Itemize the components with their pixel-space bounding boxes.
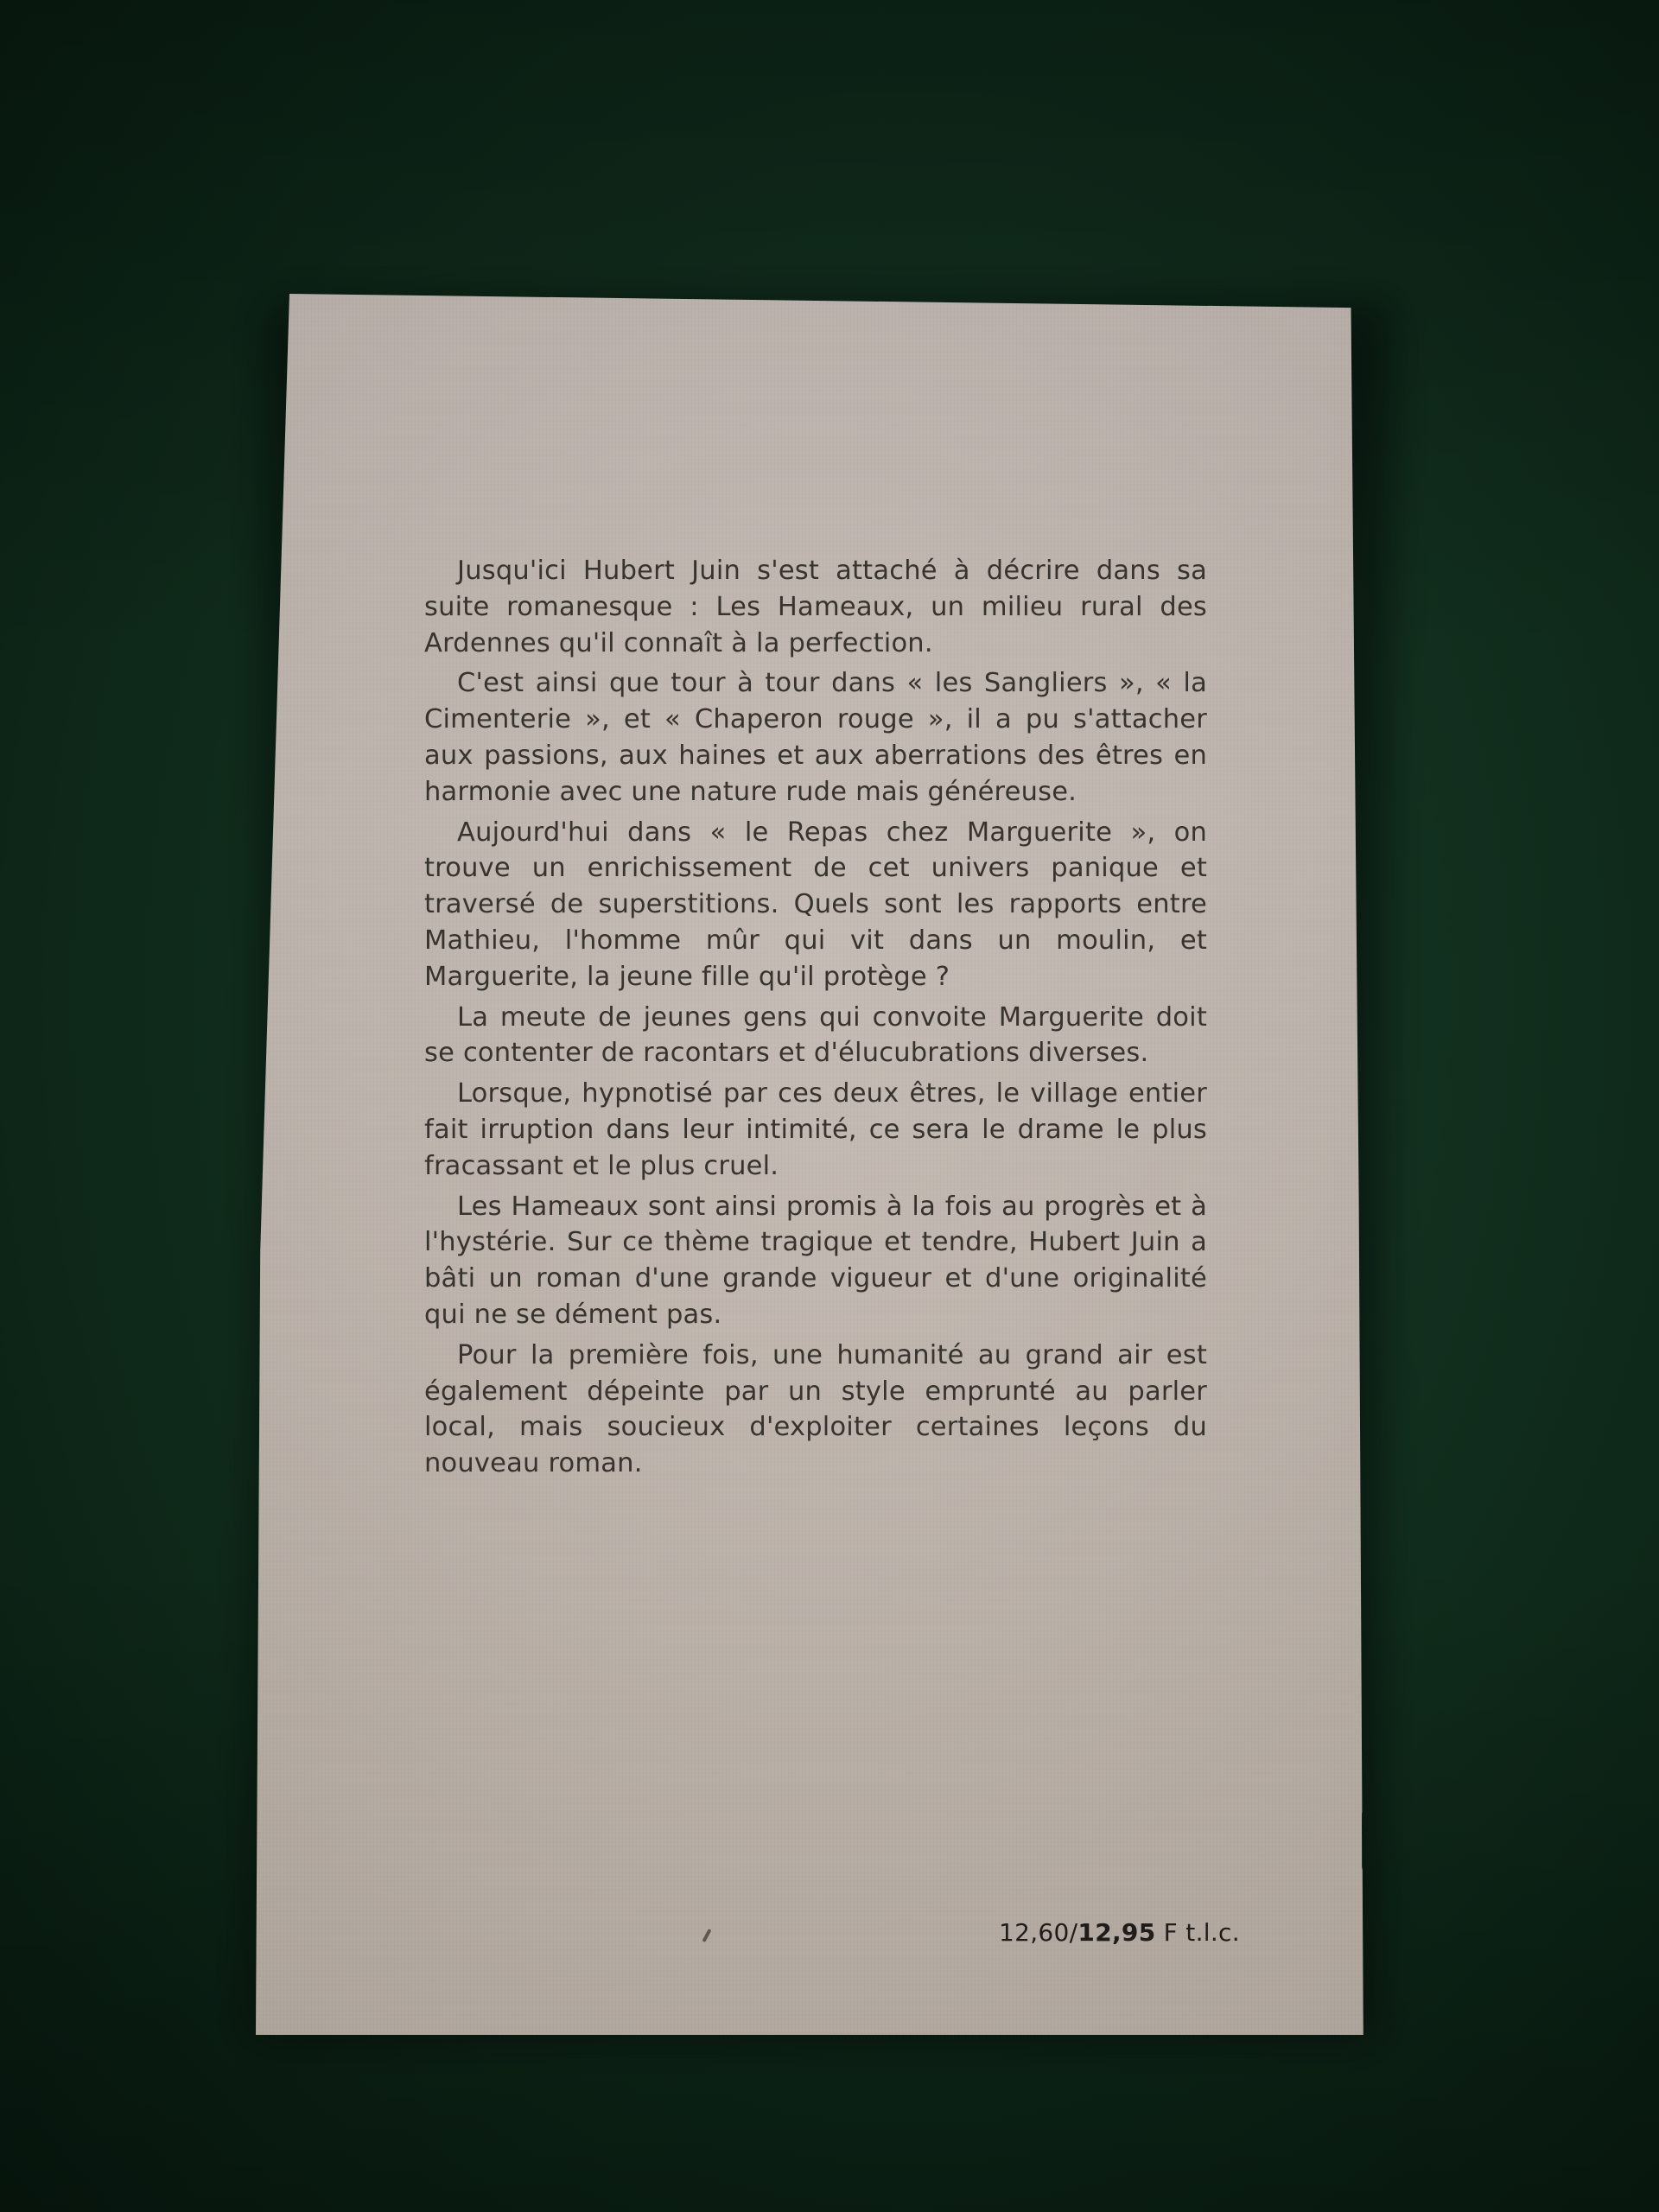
price-label: 12,60/12,95 F t.l.c. [999, 1918, 1240, 1947]
blurb-paragraph: Les Hameaux sont ainsi promis à la fois … [424, 1189, 1207, 1333]
blurb-paragraph: C'est ainsi que tour à tour dans « les S… [424, 665, 1207, 810]
back-cover-blurb: Jusqu'ici Hubert Juin s'est attaché à dé… [424, 553, 1207, 1486]
ink-mark [702, 1929, 711, 1942]
blurb-paragraph: Jusqu'ici Hubert Juin s'est attaché à dé… [424, 553, 1207, 661]
price-new: 12,95 [1077, 1918, 1155, 1947]
blurb-paragraph: Aujourd'hui dans « le Repas chez Marguer… [424, 815, 1207, 995]
blurb-paragraph: La meute de jeunes gens qui convoite Mar… [424, 1000, 1207, 1072]
blurb-paragraph: Lorsque, hypnotisé par ces deux êtres, l… [424, 1076, 1207, 1184]
price-suffix: F t.l.c. [1155, 1918, 1239, 1947]
blurb-paragraph: Pour la première fois, une humanité au g… [424, 1338, 1207, 1482]
price-old: 12,60/ [999, 1918, 1077, 1947]
book-back-cover: Jusqu'ici Hubert Juin s'est attaché à dé… [256, 294, 1379, 2035]
